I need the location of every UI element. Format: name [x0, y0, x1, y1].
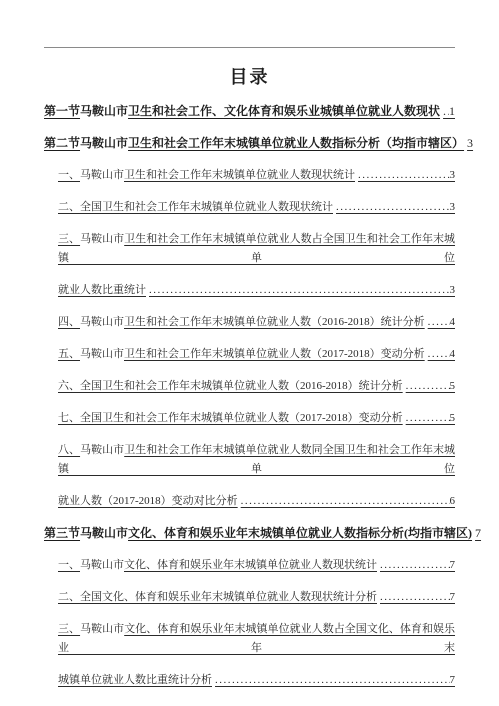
toc-text-segment: 就业人数（2017-2018）变动对比分析: [58, 492, 238, 511]
toc-text-segment: 第三节: [44, 524, 80, 543]
toc-text-segment: 文化、体育和娱乐业年末城镇单位就业人数现状统计: [124, 556, 377, 575]
toc-text-segment: 七、全国卫生和社会工作年末城镇单位就业人数（2017-2018）变动分析: [58, 409, 403, 428]
page-number: 3: [450, 166, 456, 185]
toc-text-segment: 马鞍山市: [80, 102, 128, 121]
toc-line[interactable]: 四、马鞍山市卫生和社会工作年末城镇单位就业人数（2016-2018）统计分析..…: [44, 313, 455, 332]
toc-text-segment: 二、全国文化、体育和娱乐业年末城镇单位就业人数现状统计分析: [58, 588, 377, 607]
toc-text-segment: 三、: [58, 623, 80, 635]
page-number: 6: [450, 492, 456, 511]
toc-text-segment: 卫生和社会工作、文化体育和娱乐业城镇单位就业人数现状: [128, 102, 440, 121]
toc-text-segment: 就业人数比重统计: [58, 281, 146, 300]
page-number: 3: [450, 281, 456, 300]
dot-leader: ........................................…: [403, 377, 450, 396]
header-rule: [44, 47, 455, 48]
toc-entry: 六、全国卫生和社会工作年末城镇单位就业人数（2016-2018）统计分析....…: [44, 377, 455, 396]
toc-line[interactable]: 一、马鞍山市文化、体育和娱乐业年末城镇单位就业人数现状统计...........…: [44, 556, 455, 575]
dot-leader: ........................................…: [425, 313, 450, 332]
page-number: 7: [475, 524, 481, 543]
toc-entry: 第一节 马鞍山市卫生和社会工作、文化体育和娱乐业城镇单位就业人数现状......…: [44, 102, 455, 121]
toc-line[interactable]: 三、马鞍山市文化、体育和娱乐业年末城镇单位就业人数占全国文化、体育和娱乐业年末: [44, 620, 455, 658]
toc-entry: 四、马鞍山市卫生和社会工作年末城镇单位就业人数（2016-2018）统计分析..…: [44, 313, 455, 332]
page-number: 7: [450, 556, 456, 575]
toc-text-segment: 马鞍山市: [80, 134, 128, 153]
toc-line[interactable]: 就业人数比重统计................................…: [44, 281, 455, 300]
toc-text-segment: 马鞍山市: [80, 444, 124, 456]
page-number: 7: [450, 671, 456, 690]
toc-line[interactable]: 城镇单位就业人数比重统计分析..........................…: [44, 671, 455, 690]
toc-text-segment: 一、: [58, 556, 80, 575]
toc-entry: 三、马鞍山市卫生和社会工作年末城镇单位就业人数占全国卫生和社会工作年末城镇单位就…: [44, 230, 455, 300]
toc-text-segment: 卫生和社会工作年末城镇单位就业人数（2016-2018）统计分析: [124, 313, 425, 332]
toc-line[interactable]: 八、马鞍山市卫生和社会工作年末城镇单位就业人数同全国卫生和社会工作年末城镇单位: [44, 441, 455, 479]
toc-entry: 第三节 马鞍山市文化、体育和娱乐业年末城镇单位就业人数指标分析(均指市辖区)..…: [44, 524, 455, 543]
toc-line[interactable]: 七、全国卫生和社会工作年末城镇单位就业人数（2017-2018）变动分析....…: [44, 409, 455, 428]
toc-text-segment: 卫生和社会工作年末城镇单位就业人数指标分析（均指市辖区）: [128, 134, 464, 153]
toc-text-segment: 马鞍山市: [80, 524, 128, 543]
page-number: 5: [450, 377, 456, 396]
toc-text-segment: 文化、体育和娱乐业年末城镇单位就业人数指标分析(均指市辖区): [128, 524, 472, 543]
toc-text-segment: 卫生和社会工作年末城镇单位就业人数（2017-2018）变动分析: [124, 345, 425, 364]
toc-text-segment: 卫生和社会工作年末城镇单位就业人数现状统计: [124, 166, 355, 185]
toc-line[interactable]: 二、全国卫生和社会工作年末城镇单位就业人数现状统计...............…: [44, 198, 455, 217]
toc-line[interactable]: 二、全国文化、体育和娱乐业年末城镇单位就业人数现状统计分析...........…: [44, 588, 455, 607]
toc-text-segment: 一、: [58, 166, 80, 185]
page-number: 4: [450, 345, 456, 364]
dot-leader: ........................................…: [403, 409, 450, 428]
dot-leader: ........................................…: [425, 345, 450, 364]
toc-line[interactable]: 三、马鞍山市卫生和社会工作年末城镇单位就业人数占全国卫生和社会工作年末城镇单位: [44, 230, 455, 268]
dot-leader: ........................................…: [355, 166, 450, 185]
dot-leader: ........................................…: [238, 492, 450, 511]
toc-text-segment: 八、: [58, 444, 80, 456]
dot-leader: ........................................…: [440, 102, 449, 121]
toc-entry: 第二节 马鞍山市卫生和社会工作年末城镇单位就业人数指标分析（均指市辖区）....…: [44, 134, 455, 153]
toc-text-segment: 马鞍山市: [80, 623, 124, 635]
page-number: 5: [450, 409, 456, 428]
toc-text-segment: 六、全国卫生和社会工作年末城镇单位就业人数（2016-2018）统计分析: [58, 377, 403, 396]
page-title: 目录: [44, 64, 455, 90]
toc-page: 目录 第一节 马鞍山市卫生和社会工作、文化体育和娱乐业城镇单位就业人数现状...…: [0, 47, 499, 690]
toc-list: 第一节 马鞍山市卫生和社会工作、文化体育和娱乐业城镇单位就业人数现状......…: [44, 102, 455, 690]
toc-line[interactable]: 就业人数（2017-2018）变动对比分析...................…: [44, 492, 455, 511]
toc-entry: 一、马鞍山市文化、体育和娱乐业年末城镇单位就业人数现状统计...........…: [44, 556, 455, 575]
toc-text-segment: 二、全国卫生和社会工作年末城镇单位就业人数现状统计: [58, 198, 333, 217]
dot-leader: ........................................…: [146, 281, 450, 300]
toc-entry: 八、马鞍山市卫生和社会工作年末城镇单位就业人数同全国卫生和社会工作年末城镇单位就…: [44, 441, 455, 511]
toc-text-segment: 马鞍山市: [80, 313, 124, 332]
page-number: 1: [449, 102, 455, 121]
toc-text-segment: 第二节: [44, 134, 80, 153]
page-number: 3: [450, 198, 456, 217]
page-number: 4: [450, 313, 456, 332]
toc-line[interactable]: 五、马鞍山市卫生和社会工作年末城镇单位就业人数（2017-2018）变动分析..…: [44, 345, 455, 364]
toc-entry: 七、全国卫生和社会工作年末城镇单位就业人数（2017-2018）变动分析....…: [44, 409, 455, 428]
toc-text-segment: 马鞍山市: [80, 556, 124, 575]
toc-text-segment: 马鞍山市: [80, 233, 124, 245]
toc-line[interactable]: 第三节 马鞍山市文化、体育和娱乐业年末城镇单位就业人数指标分析(均指市辖区)..…: [44, 524, 455, 543]
toc-text-segment: 马鞍山市: [80, 166, 124, 185]
toc-text-segment: 五、: [58, 345, 80, 364]
dot-leader: ........................................…: [333, 198, 450, 217]
toc-entry: 五、马鞍山市卫生和社会工作年末城镇单位就业人数（2017-2018）变动分析..…: [44, 345, 455, 364]
toc-text-segment: 三、: [58, 233, 80, 245]
toc-line[interactable]: 第一节 马鞍山市卫生和社会工作、文化体育和娱乐业城镇单位就业人数现状......…: [44, 102, 455, 121]
toc-entry: 三、马鞍山市文化、体育和娱乐业年末城镇单位就业人数占全国文化、体育和娱乐业年末城…: [44, 620, 455, 690]
toc-entry: 一、马鞍山市卫生和社会工作年末城镇单位就业人数现状统计.............…: [44, 166, 455, 185]
toc-text-segment: 城镇单位就业人数比重统计分析: [58, 671, 212, 690]
toc-entry: 二、全国文化、体育和娱乐业年末城镇单位就业人数现状统计分析...........…: [44, 588, 455, 607]
toc-entry: 二、全国卫生和社会工作年末城镇单位就业人数现状统计...............…: [44, 198, 455, 217]
toc-line[interactable]: 一、马鞍山市卫生和社会工作年末城镇单位就业人数现状统计.............…: [44, 166, 455, 185]
page-number: 3: [467, 134, 473, 153]
page-number: 7: [450, 588, 456, 607]
dot-leader: ........................................…: [377, 588, 450, 607]
toc-text-segment: 第一节: [44, 102, 80, 121]
dot-leader: ........................................…: [377, 556, 450, 575]
toc-line[interactable]: 六、全国卫生和社会工作年末城镇单位就业人数（2016-2018）统计分析....…: [44, 377, 455, 396]
toc-line[interactable]: 第二节 马鞍山市卫生和社会工作年末城镇单位就业人数指标分析（均指市辖区）....…: [44, 134, 455, 153]
dot-leader: ........................................…: [212, 671, 450, 690]
toc-text-segment: 马鞍山市: [80, 345, 124, 364]
toc-text-segment: 四、: [58, 313, 80, 332]
